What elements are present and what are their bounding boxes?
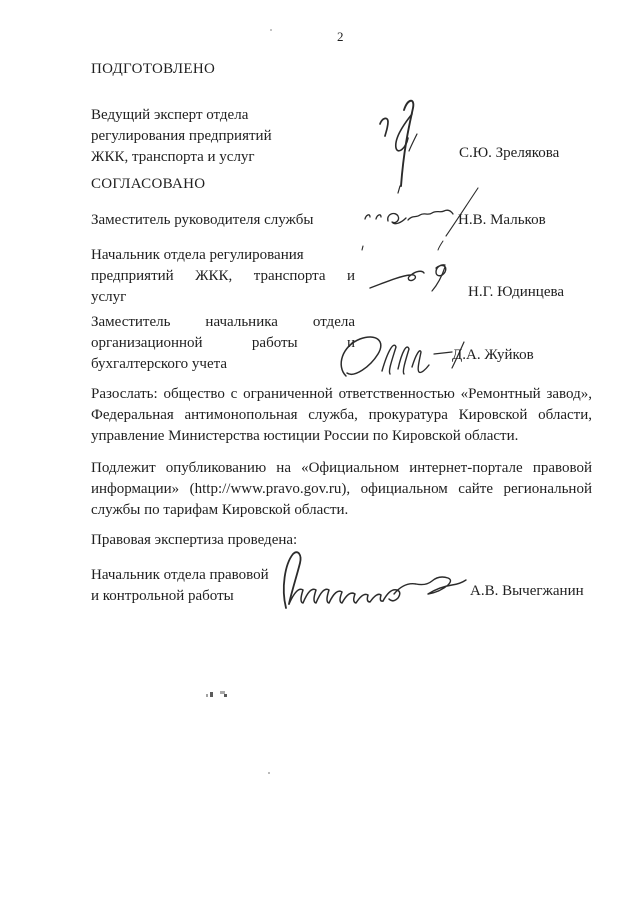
signer-title-line: Начальник отдела регулирования [91, 245, 355, 266]
signer-title-line: Ведущий эксперт отдела [91, 105, 355, 126]
paragraph-line: службы по тарифам Кировской области. [91, 500, 592, 521]
zrelyakova-signature-icon [374, 94, 424, 190]
signer-title-line: ЖКК, транспорта и услуг [91, 147, 355, 168]
paragraph-line: Разослать: общество с ограниченной ответ… [91, 384, 592, 405]
signer-title-line: бухгалтерского учета [91, 354, 355, 375]
publication-paragraph: Подлежит опубликованию на «Официальном и… [91, 458, 592, 521]
signer-title-zrelyakova: Ведущий эксперт отдела регулирования пре… [91, 105, 355, 168]
signer-title-line: услуг [91, 287, 355, 308]
signer-title-yudintseva: Начальник отдела регулирования предприят… [91, 245, 355, 308]
signer-title-malkov: Заместитель руководителя службы [91, 210, 313, 231]
yudintseva-signature-icon [366, 256, 460, 298]
heading-prepared: ПОДГОТОВЛЕНО [91, 59, 215, 80]
signer-name: А.В. Вычегжанин [470, 581, 584, 602]
scan-speck [206, 694, 208, 697]
scan-speck [210, 692, 213, 697]
signer-name: Д.А. Жуйков [452, 345, 534, 366]
signer-name: Н.Г. Юдинцева [468, 282, 564, 303]
paragraph-line: информации» (http://www.pravo.gov.ru), о… [91, 479, 592, 500]
paragraph-line: Подлежит опубликованию на «Официальном и… [91, 458, 592, 479]
scan-speck [270, 29, 272, 31]
signer-title-line: организационной работы и [91, 333, 355, 354]
signer-title-line: Заместитель начальника отдела [91, 312, 355, 333]
scan-speck [268, 772, 270, 774]
paragraph-line: Федеральная антимонопольная служба, прок… [91, 405, 592, 426]
document-page: 2 ПОДГОТОВЛЕНО Ведущий эксперт отдела ре… [0, 0, 640, 905]
scan-speck [224, 694, 227, 697]
paragraph-line: управление Министерства юстиции России п… [91, 426, 592, 447]
heading-legal-review: Правовая экспертиза проведена: [91, 530, 297, 551]
vychegzhanin-signature-icon [276, 550, 472, 610]
page-number: 2 [337, 26, 344, 47]
heading-agreed: СОГЛАСОВАНО [91, 174, 205, 195]
distribution-paragraph: Разослать: общество с ограниченной ответ… [91, 384, 592, 447]
signer-name: Н.В. Мальков [458, 210, 546, 231]
signer-name: С.Ю. Зрелякова [459, 143, 559, 164]
signer-title-zhuykov: Заместитель начальника отдела организаци… [91, 312, 355, 375]
signer-title-line: регулирования предприятий [91, 126, 355, 147]
signer-title-line: предприятий ЖКК, транспорта и [91, 266, 355, 287]
